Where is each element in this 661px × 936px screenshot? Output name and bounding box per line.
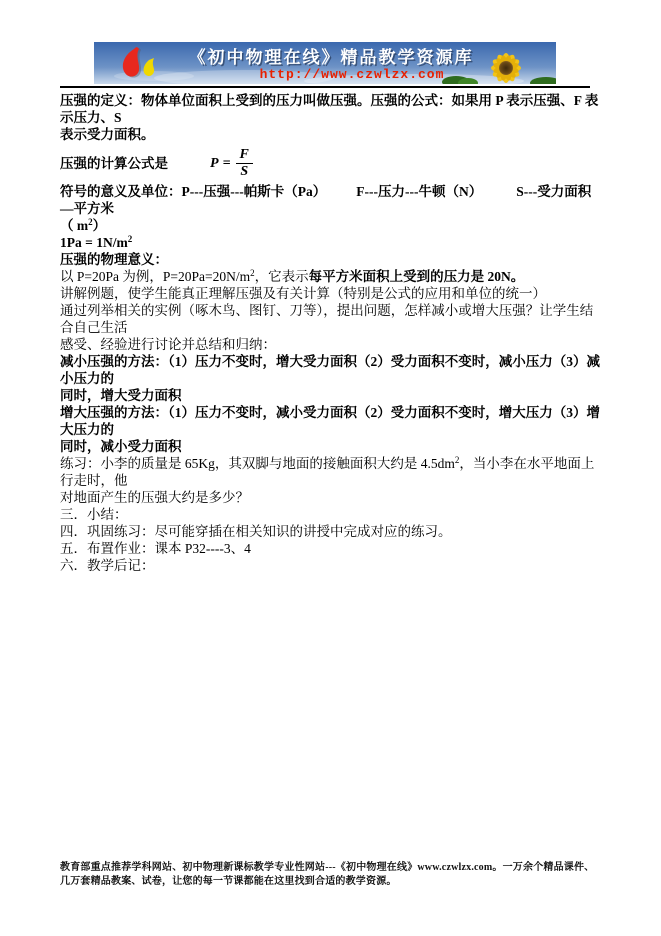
document-page: 《初中物理在线》精品教学资源库 《初中物理在线》精品教学资源库 http://w…	[0, 0, 661, 936]
site-banner: 《初中物理在线》精品教学资源库 《初中物理在线》精品教学资源库 http://w…	[94, 42, 556, 84]
header-divider	[60, 86, 590, 88]
footer-line1: 教育部重点推荐学科网站、初中物理新课标教学专业性网站---《初中物理在线》www…	[60, 861, 610, 875]
units-force: F---压力---牛顿（N）	[356, 184, 482, 199]
section-5-homework: 五．布置作业：课本 P32----3、4	[60, 540, 601, 557]
examples-paragraph-line1: 通过列举相关的实例（啄木鸟、图钉、刀等），提出问题，怎样减小或增大压强？让学生结…	[60, 302, 601, 336]
increase-pressure-line1: 增大压强的方法：（1）压力不变时，减小受力面积（2）受力面积不变时，增大压力（3…	[60, 404, 601, 438]
decrease-pressure-line1: 减小压强的方法：（1）压力不变时，增大受力面积（2）受力面积不变时，减小压力（3…	[60, 353, 601, 387]
formula-row: 压强的计算公式是 P = F S	[60, 143, 601, 183]
definition-paragraph-line2: 表示受力面积。	[60, 126, 601, 143]
increase-pressure-line2: 同时，减小受力面积	[60, 438, 601, 455]
practice-paragraph-line2: 对地面产生的压强大约是多少？	[60, 489, 601, 506]
section-6-notes: 六．教学后记：	[60, 557, 601, 574]
definition-paragraph-line1: 压强的定义：物体单位面积上受到的压力叫做压强。压强的公式：如果用 P 表示压强、…	[60, 92, 601, 126]
formula-label: 压强的计算公式是	[60, 155, 168, 172]
document-body: 压强的定义：物体单位面积上受到的压力叫做压强。压强的公式：如果用 P 表示压强、…	[60, 92, 601, 574]
formula-equals: =	[223, 155, 231, 172]
practice-text-1: 练习：小李的质量是 65Kg，其双脚与地面的接触面积大约是 4.5dm	[60, 456, 455, 471]
section-4-consolidation: 四．巩固练习：尽可能穿插在相关知识的讲授中完成对应的练习。	[60, 523, 601, 540]
phys-text-bold: 每平方米面积上受到的压力是 20N。	[309, 269, 525, 284]
physical-meaning-heading: 压强的物理意义：	[60, 251, 601, 268]
units-line2-close: ）	[93, 218, 107, 233]
formula-denominator: S	[236, 164, 253, 179]
page-footer: 教育部重点推荐学科网站、初中物理新课标教学专业性网站---《初中物理在线》www…	[60, 861, 610, 889]
formula-numerator: F	[236, 148, 253, 164]
phys-text-2: ，它表示	[255, 269, 309, 284]
banner-url: http://www.czwlzx.com	[260, 67, 445, 82]
decrease-pressure-line2: 同时，增大受力面积	[60, 387, 601, 404]
section-3-summary: 三．小结：	[60, 506, 601, 523]
pascal-superscript: 2	[128, 234, 133, 244]
units-line2-open: （ m	[60, 218, 88, 233]
practice-paragraph-line1: 练习：小李的质量是 65Kg，其双脚与地面的接触面积大约是 4.5dm2，当小李…	[60, 455, 601, 489]
phys-text-1: 以 P=20Pa 为例，P=20Pa=20N/m	[60, 269, 250, 284]
units-line1: 符号的意义及单位：P---压强---帕斯卡（Pa）F---压力---牛顿（N）S…	[60, 183, 601, 217]
formula-fraction: F S	[236, 148, 253, 179]
units-pressure: 符号的意义及单位：P---压强---帕斯卡（Pa）	[60, 184, 326, 199]
footer-line2: 几万套精品教案、试卷，让您的每一节课都能在这里找到合适的教学资源。	[60, 875, 610, 889]
pressure-formula: P = F S	[210, 148, 253, 179]
formula-lhs: P	[210, 155, 219, 172]
pascal-equation: 1Pa = 1N/m2	[60, 234, 601, 251]
banner-title: 《初中物理在线》精品教学资源库	[189, 47, 474, 67]
units-line2: （ m2）	[60, 217, 601, 234]
physical-meaning-paragraph: 以 P=20Pa 为例，P=20Pa=20N/m2，它表示每平方米面积上受到的压…	[60, 268, 601, 285]
examples-paragraph-line2: 感受、经验进行讨论并总结和归纳：	[60, 336, 601, 353]
explain-paragraph: 讲解例题，使学生能真正理解压强及有关计算（特别是公式的应用和单位的统一）	[60, 285, 601, 302]
banner-image: 《初中物理在线》精品教学资源库 《初中物理在线》精品教学资源库 http://w…	[94, 42, 556, 84]
pascal-equation-text: 1Pa = 1N/m	[60, 235, 128, 250]
